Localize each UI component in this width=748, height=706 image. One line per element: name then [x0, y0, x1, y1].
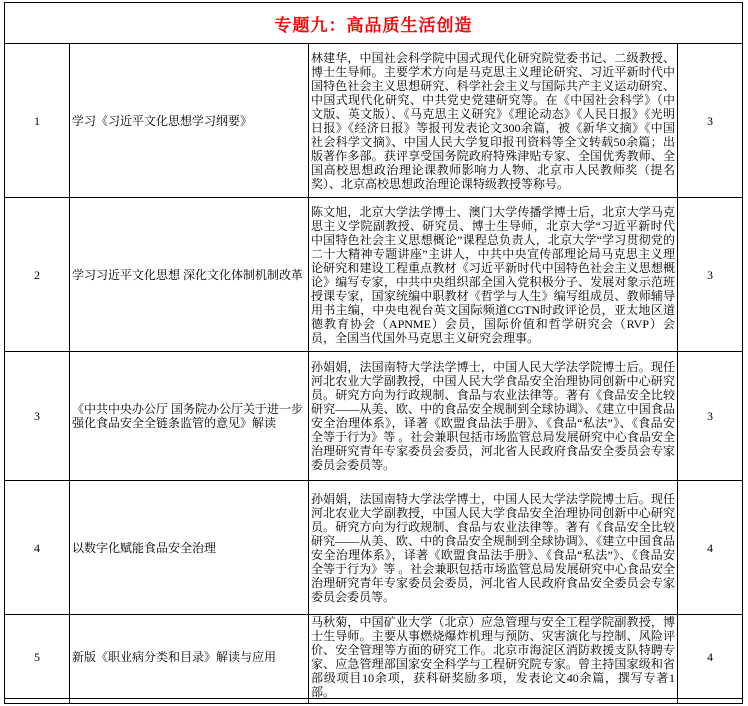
lecturer-cell: 林建华，中国社会科学院中国式现代化研究院党委书记、二级教授、博士生导师。主要学术…	[309, 44, 678, 197]
hours-cell: 4	[678, 481, 742, 614]
lecturer-cell: 孙娟娟，法国南特大学法学博士，中国人民大学法学院博士后。现任河北农业大学副教授，…	[309, 352, 678, 480]
hours-cell: 4	[678, 615, 742, 698]
topic-cell: 新版《职业病分类和目录》解读与应用	[70, 615, 309, 698]
topic-cell: 学习《习近平文化思想学习纲要》	[70, 44, 309, 197]
document-page: 专题九：高品质生活创造 1 学习《习近平文化思想学习纲要》 林建华，中国社会科学…	[0, 0, 748, 706]
hours-cell: 3	[678, 198, 742, 351]
table-row: 1 学习《习近平文化思想学习纲要》 林建华，中国社会科学院中国式现代化研究院党委…	[5, 44, 742, 198]
lecturer-cell	[309, 699, 678, 703]
table-row: 4 以数字化赋能食品安全治理 孙娟娟，法国南特大学法学博士，中国人民大学法学院博…	[5, 481, 742, 615]
section-title: 专题九：高品质生活创造	[4, 2, 743, 43]
topic-cell: 《中共中央办公厅 国务院办公厅关于进一步强化食品安全全链条监管的意见》解读	[70, 352, 309, 480]
table-row: 5 新版《职业病分类和目录》解读与应用 马秋菊，中国矿业大学（北京）应急管理与安…	[5, 615, 742, 699]
table-row-partial	[5, 699, 742, 703]
row-number	[5, 699, 70, 703]
row-number: 1	[5, 44, 70, 197]
topic-cell	[70, 699, 309, 703]
lecturer-cell: 马秋菊，中国矿业大学（北京）应急管理与安全工程学院副教授，博士生导师。主要从事燃…	[309, 615, 678, 698]
row-number: 3	[5, 352, 70, 480]
topic-cell: 学习习近平文化思想 深化文化体制机制改革	[70, 198, 309, 351]
schedule-table: 1 学习《习近平文化思想学习纲要》 林建华，中国社会科学院中国式现代化研究院党委…	[4, 43, 743, 704]
topic-cell: 以数字化赋能食品安全治理	[70, 481, 309, 614]
row-number: 2	[5, 198, 70, 351]
lecturer-cell: 陈文旭，北京大学法学博士、澳门大学传播学博士后，北京大学马克思主义学院副教授、研…	[309, 198, 678, 351]
hours-cell: 3	[678, 352, 742, 480]
row-number: 5	[5, 615, 70, 698]
hours-cell: 3	[678, 44, 742, 197]
table-row: 2 学习习近平文化思想 深化文化体制机制改革 陈文旭，北京大学法学博士、澳门大学…	[5, 198, 742, 352]
hours-cell	[678, 699, 742, 703]
row-number: 4	[5, 481, 70, 614]
table-row: 3 《中共中央办公厅 国务院办公厅关于进一步强化食品安全全链条监管的意见》解读 …	[5, 352, 742, 481]
lecturer-cell: 孙娟娟，法国南特大学法学博士，中国人民大学法学院博士后。现任河北农业大学副教授，…	[309, 481, 678, 614]
section-title-text: 专题九：高品质生活创造	[275, 11, 473, 36]
